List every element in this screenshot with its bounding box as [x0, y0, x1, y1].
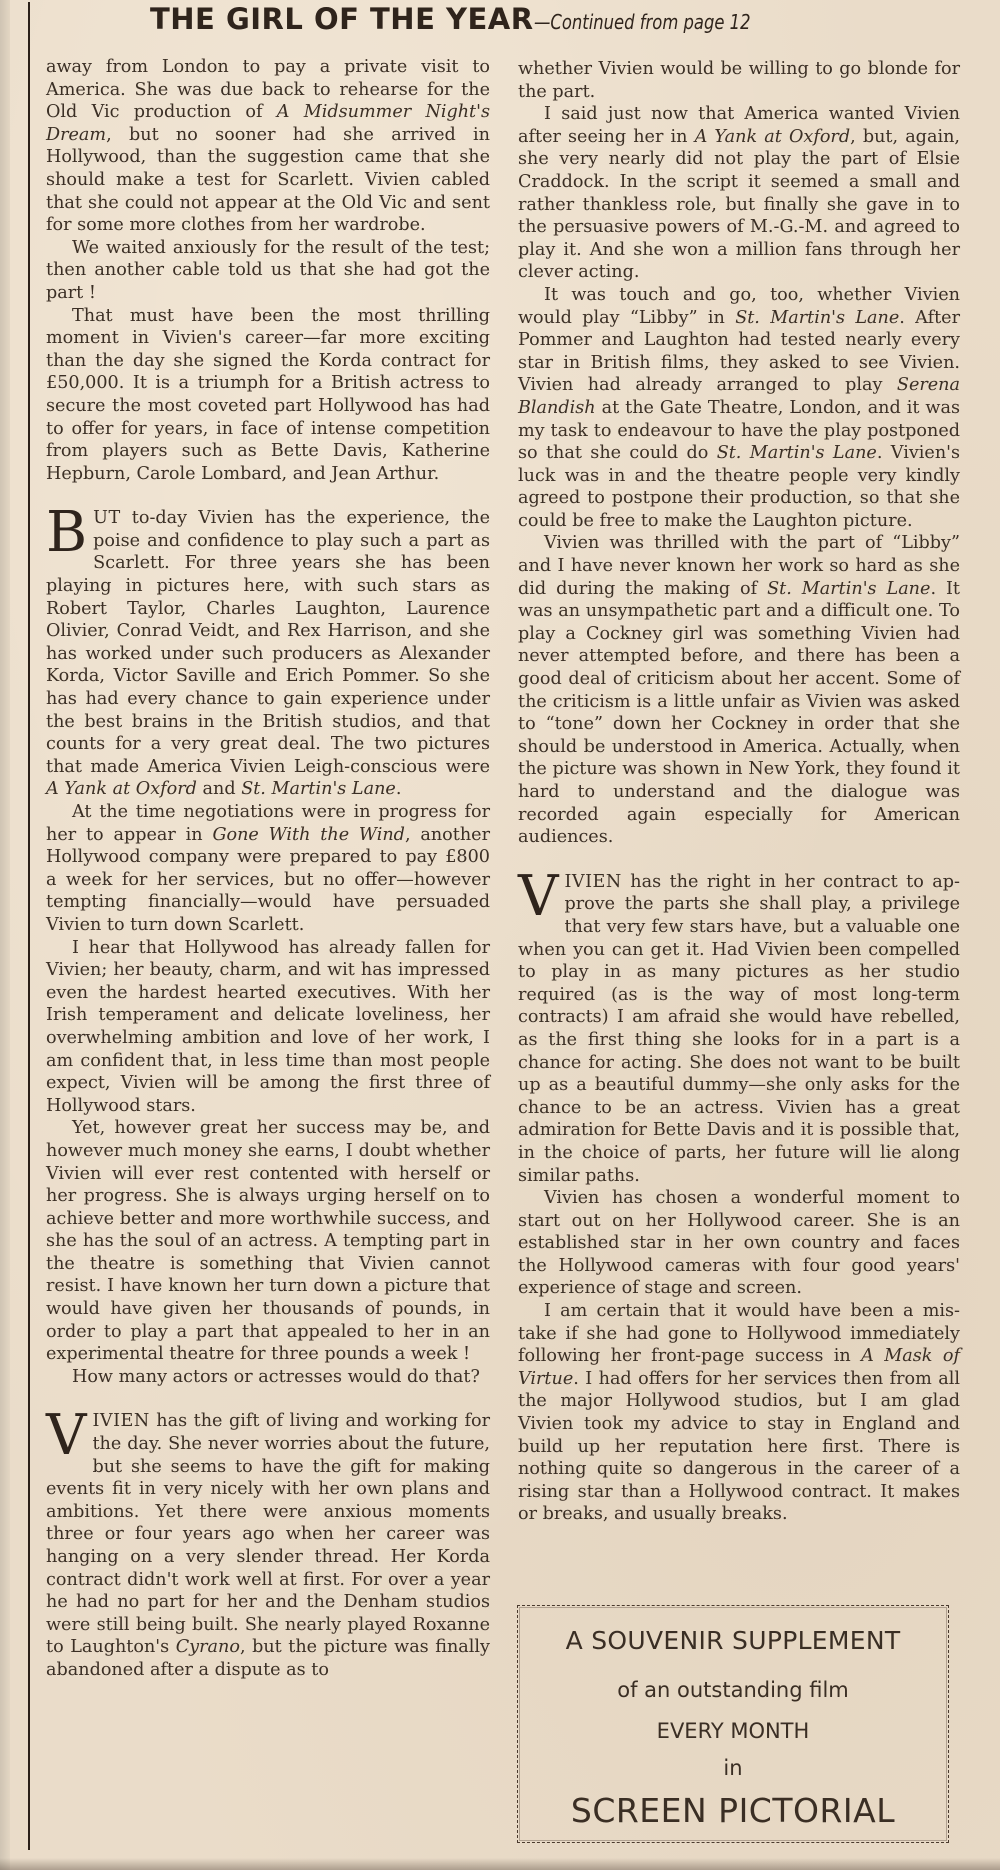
left-column: away from London to pay a private visit … [46, 56, 490, 1682]
magazine-page: THE GIRL OF THE YEAR —Continued from pag… [0, 0, 1000, 1870]
paragraph: I said just now that America wanted Vivi… [518, 103, 960, 284]
paragraph: Vivien has chosen a wonderful moment to … [518, 1187, 960, 1300]
page-edge [0, 0, 10, 1870]
paragraph: whether Vivien would be willing to go bl… [518, 58, 960, 103]
paragraph: It was touch and go, too, whether Vivien… [518, 284, 960, 533]
paragraph: We waited anxiously for the result of th… [46, 237, 490, 305]
paragraph: That must have been the most thrilling m… [46, 305, 490, 486]
section-paragraph: BUT to-day Vivien has the experience, th… [46, 507, 490, 801]
advert-publication-name: SCREEN PICTORIAL [518, 1791, 948, 1830]
paragraph: I hear that Hollywood has already fallen… [46, 937, 490, 1118]
drop-cap: V [46, 1414, 86, 1458]
advert-line-3: EVERY MONTH [518, 1719, 948, 1743]
paragraph: I am certain that it would have been a m… [518, 1300, 960, 1526]
paragraph: Yet, however great her success may be, a… [46, 1117, 490, 1366]
headline-continued: —Continued from page 12 [534, 10, 751, 34]
section-paragraph: VIVIEN has the right in her contract to … [518, 871, 960, 1187]
section-paragraph: VIVIEN has the gift of living and workin… [46, 1410, 490, 1681]
paragraph: away from London to pay a private visit … [46, 56, 490, 237]
advert-line-2: of an outstanding film [518, 1678, 948, 1702]
paragraph: How many actors or actresses would do th… [46, 1366, 490, 1389]
advert-box: A SOUVENIR SUPPLEMENT of an outstanding … [517, 1605, 949, 1843]
headline-title: THE GIRL OF THE YEAR [150, 2, 534, 36]
right-column: whether Vivien would be willing to go bl… [518, 58, 960, 1526]
drop-cap: V [518, 875, 558, 919]
headline: THE GIRL OF THE YEAR —Continued from pag… [150, 2, 798, 42]
drop-cap: B [46, 511, 87, 555]
column-rule [28, 2, 30, 1850]
advert-line-1: A SOUVENIR SUPPLEMENT [518, 1626, 948, 1655]
paragraph: Vivien was thrilled with the part of “Li… [518, 532, 960, 848]
page-bottom-edge [0, 1858, 1000, 1870]
advert-line-4: in [518, 1756, 948, 1780]
paragraph: At the time negotiations were in progres… [46, 801, 490, 937]
